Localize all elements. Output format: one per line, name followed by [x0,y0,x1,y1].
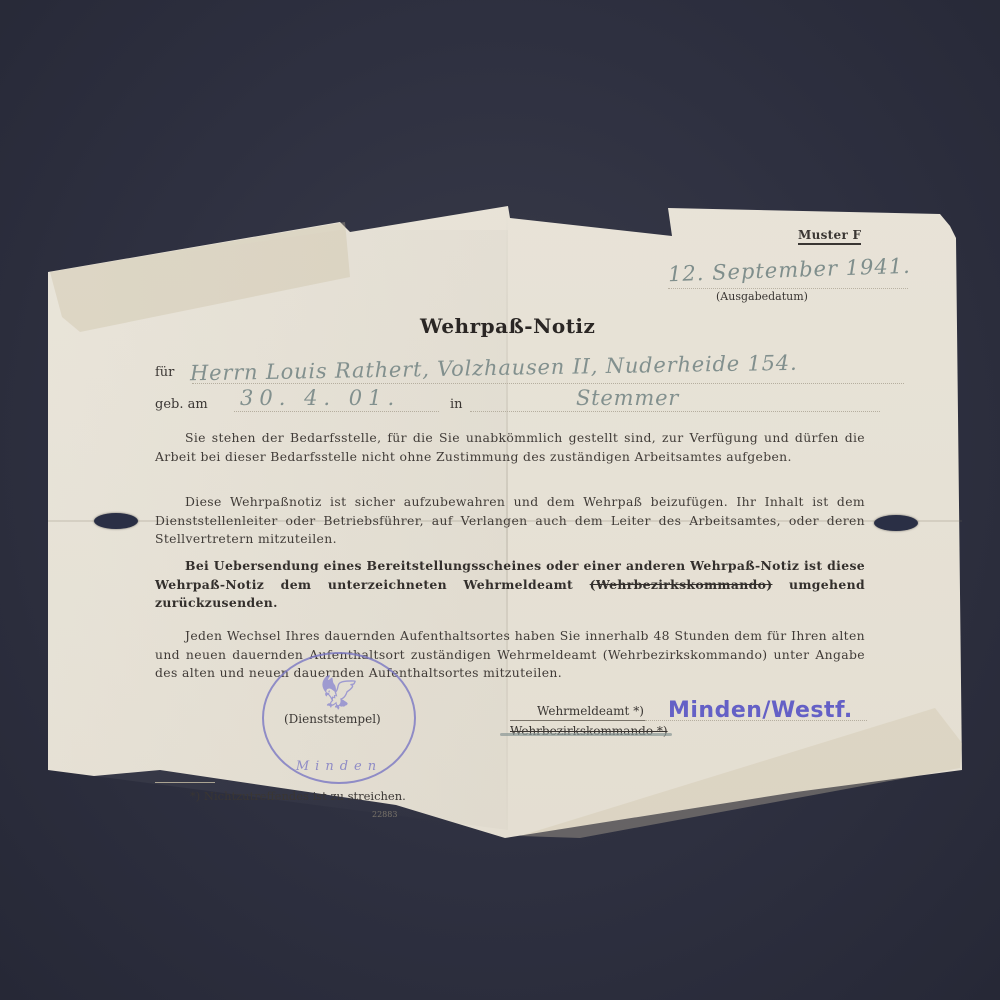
document-title: Wehrpaß-Notiz [420,314,595,338]
paragraph-4: Jeden Wechsel Ihres dauernden Aufenthalt… [155,627,865,683]
paragraph-3-struck-text: (Wehrbezirkskommando) [590,577,773,592]
issue-date-caption: (Ausgabedatum) [716,290,808,303]
born-field-line [234,411,439,412]
paragraph-1-text: Sie stehen der Bedarfsstelle, für die Si… [155,430,865,464]
office-stamp-value: Minden/Westf. [668,698,853,723]
footnote: *) Nichtzutreffendes ist zu streichen. [190,789,406,803]
footnote-rule [155,782,215,783]
eagle-emblem-icon: 🦅︎ [317,676,360,710]
form-number: 22883 [372,810,397,819]
office-label: Wehrmeldeamt *) [537,704,644,718]
in-label: in [450,397,463,412]
office-rule [510,720,645,721]
paragraph-3: Bei Uebersendung eines Bereitstellungssc… [155,557,865,613]
punch-hole-right [874,515,918,531]
seal-label: (Dienststempel) [284,712,381,726]
paragraph-4-text: Jeden Wechsel Ihres dauernden Aufenthalt… [155,628,865,680]
in-field-line [470,411,880,412]
pencil-strikethrough [500,733,672,736]
punch-hole-left [94,513,138,529]
form-code: Muster F [798,228,861,245]
paragraph-1: Sie stehen der Bedarfsstelle, für die Si… [155,429,865,466]
seal-ring-text: Minden [264,759,414,774]
for-label: für [155,365,174,380]
born-label: geb. am [155,397,208,412]
issue-date-line [668,288,908,289]
paragraph-2-text: Diese Wehrpaßnotiz ist sicher aufzubewah… [155,494,865,546]
in-value-handwritten: Stemmer [576,386,679,410]
born-value-handwritten: 30. 4. 01. [240,386,400,410]
paragraph-2: Diese Wehrpaßnotiz ist sicher aufzubewah… [155,493,865,549]
